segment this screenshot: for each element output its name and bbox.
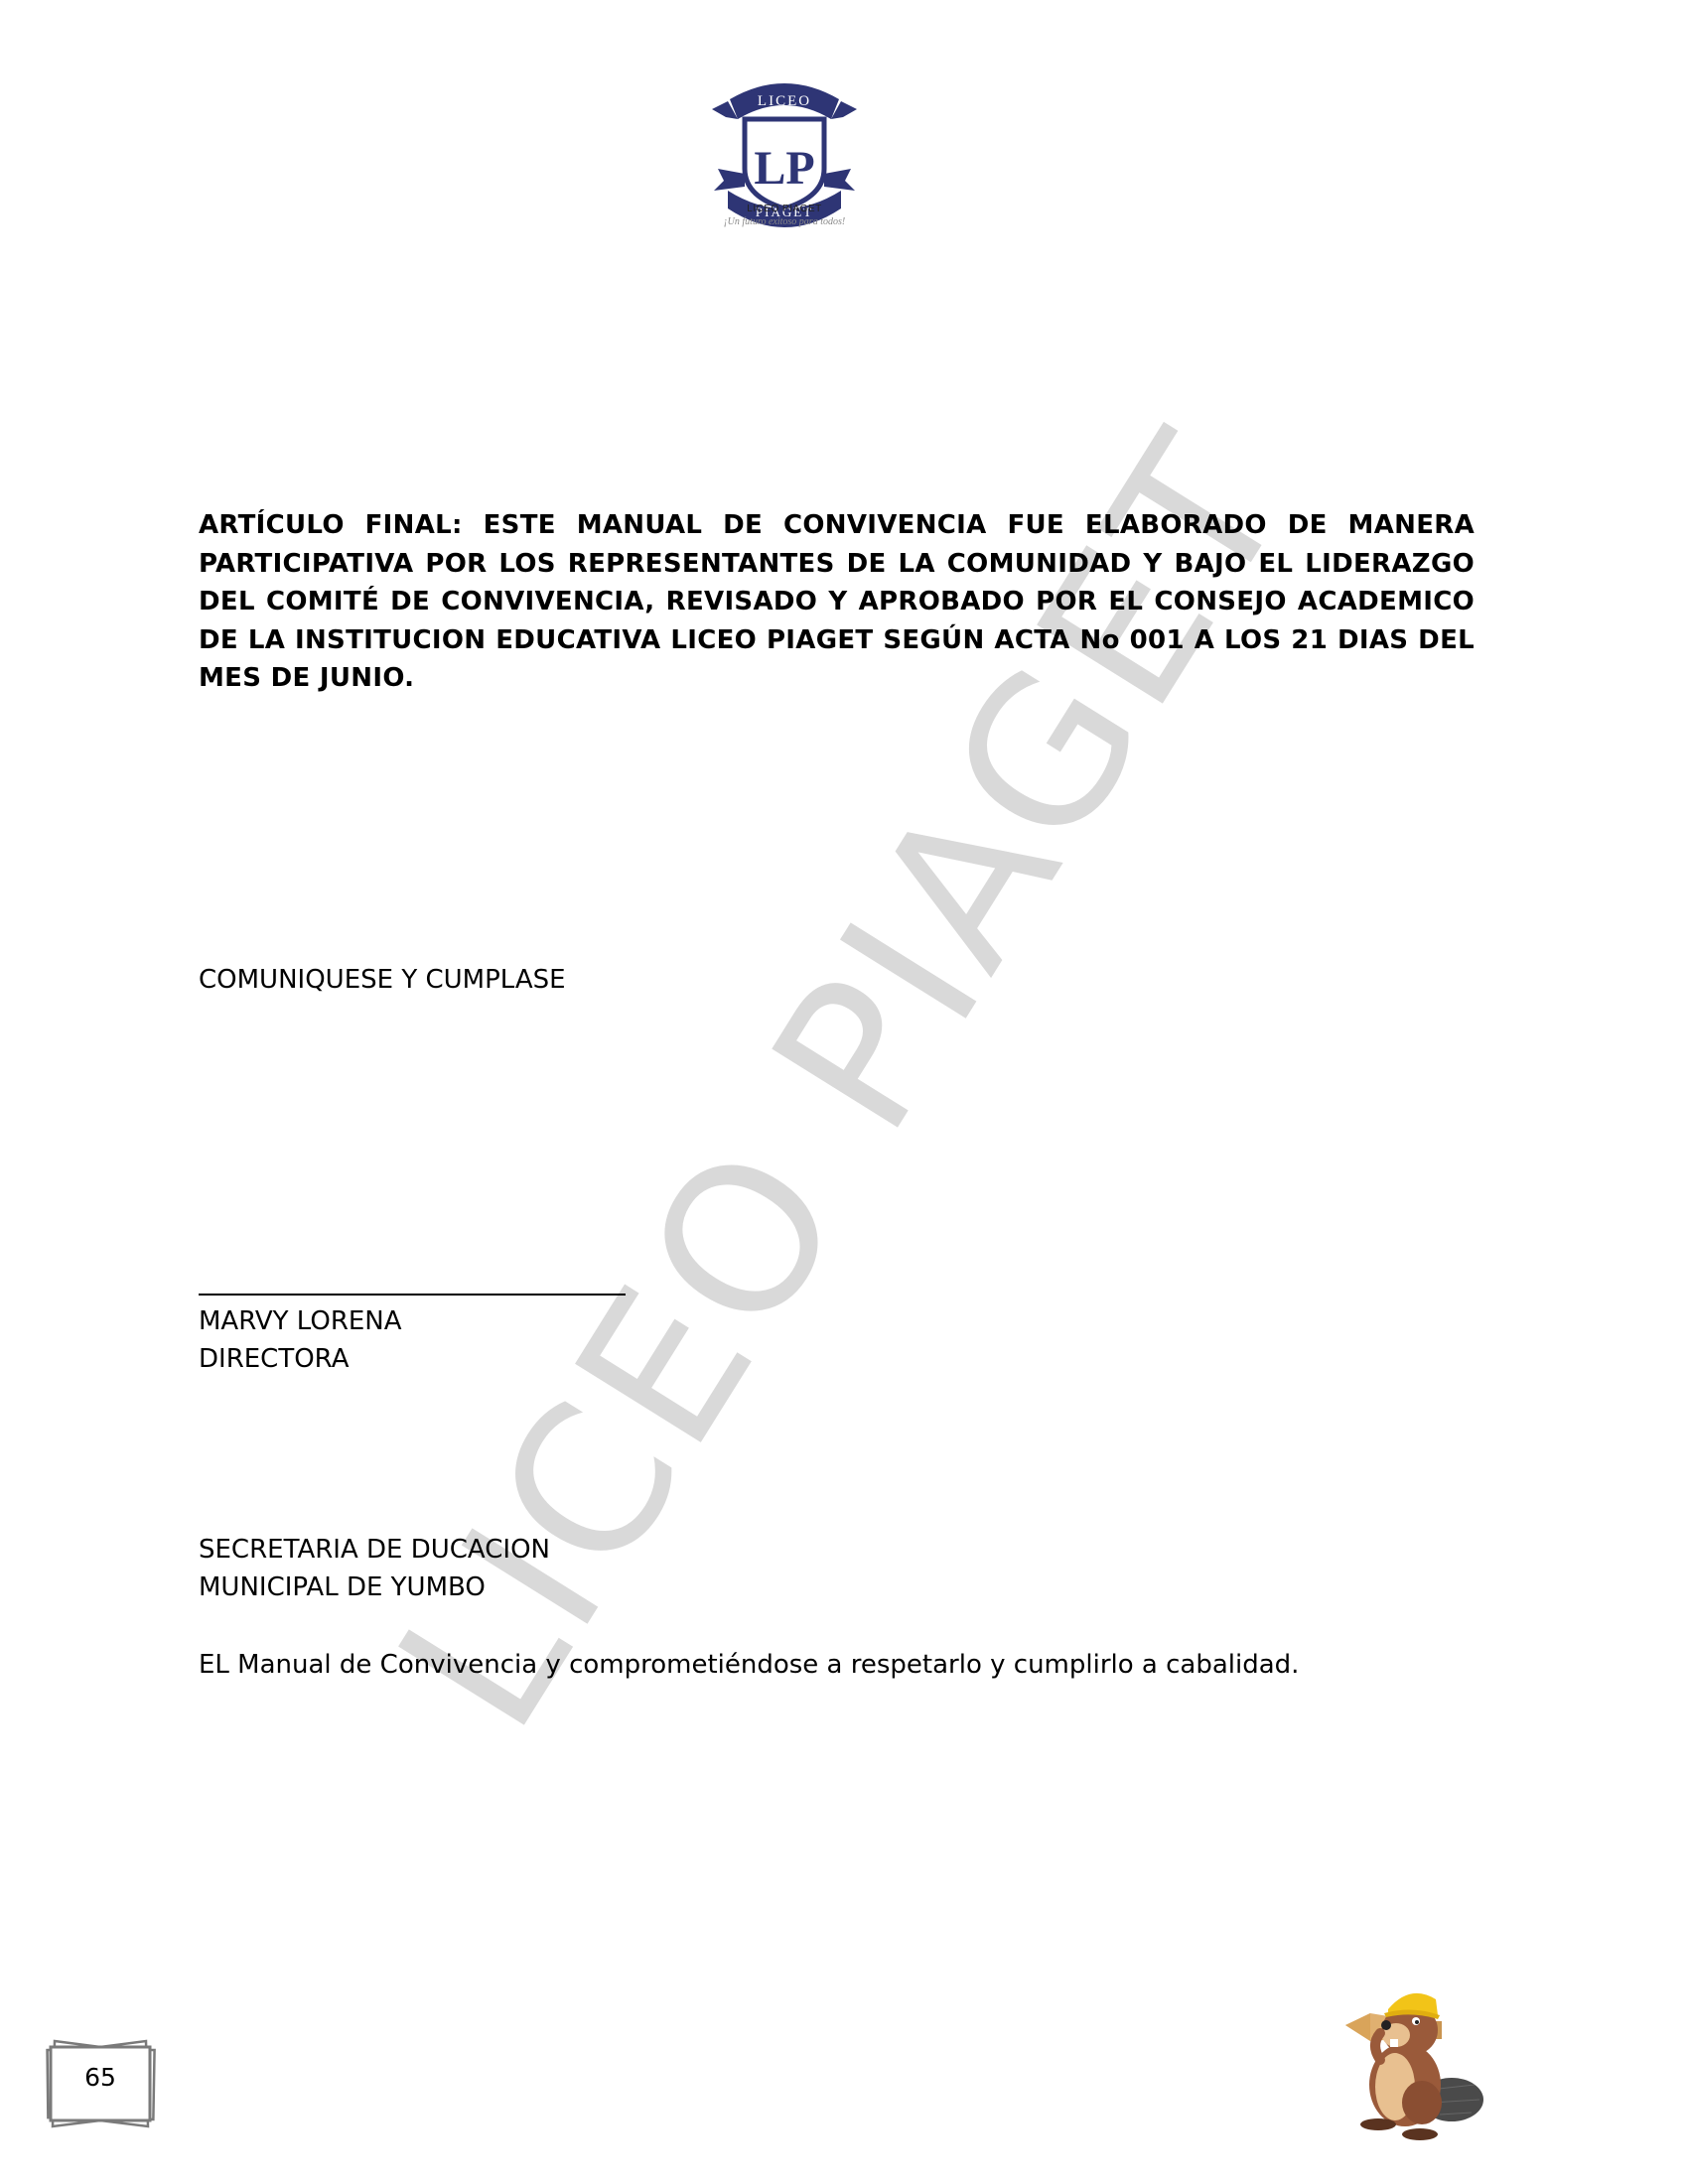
closing-statement: COMUNIQUESE Y CUMPLASE	[199, 961, 566, 1000]
signature-line	[199, 1294, 626, 1296]
secretaria-line-2: MUNICIPAL DE YUMBO	[199, 1569, 486, 1607]
beaver-mascot-icon	[1340, 1976, 1489, 2144]
secretaria-line-1: SECRETARIA DE DUCACION	[199, 1531, 550, 1570]
article-final-paragraph: ARTÍCULO FINAL: ESTE MANUAL DE CONVIVENC…	[199, 506, 1475, 698]
signer-name: MARVY LORENA	[199, 1302, 402, 1341]
signer-role: DIRECTORA	[199, 1340, 349, 1379]
commitment-note: EL Manual de Convivencia y comprometiénd…	[199, 1646, 1299, 1685]
svg-text:LICEO: LICEO	[758, 93, 811, 109]
logo-school-name: LICEO PIAGET	[685, 204, 884, 214]
svg-text:LP: LP	[754, 142, 814, 195]
page-number: 65	[52, 2063, 149, 2092]
logo-slogan: ¡Un futuro exitoso para todos!	[665, 216, 904, 227]
